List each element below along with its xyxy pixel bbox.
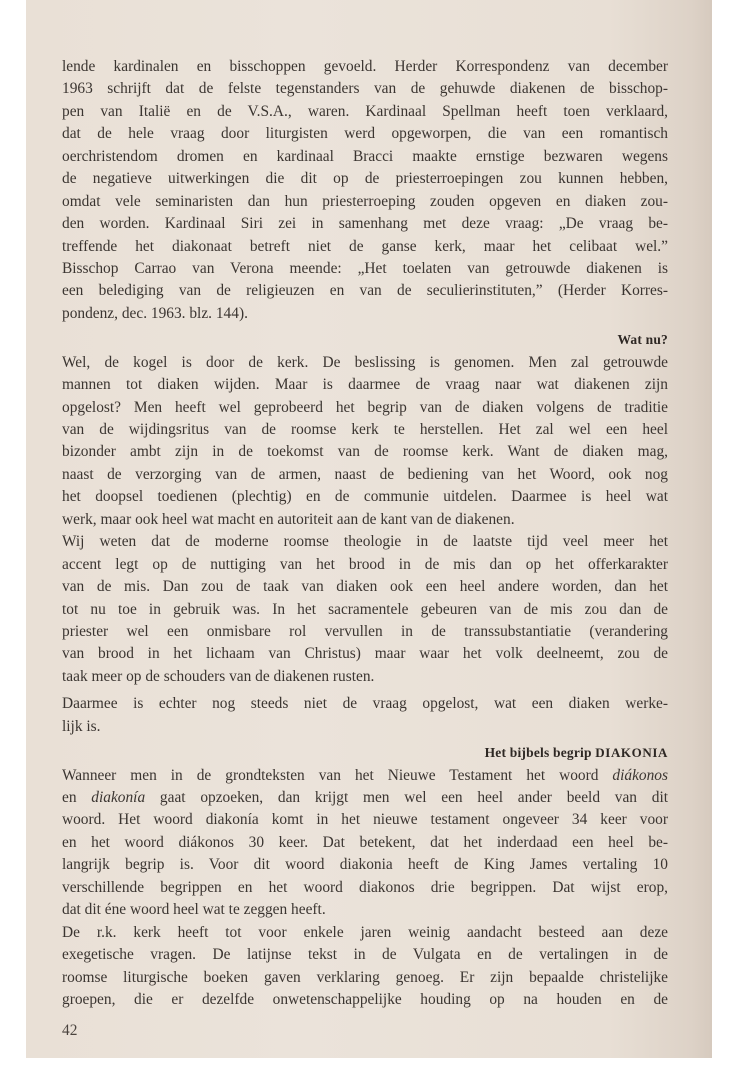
text-line: 1963 schrijft dat de felste tegenstander…	[62, 78, 668, 100]
book-page: lende kardinalen en bisschoppen gevoeld.…	[26, 0, 712, 1058]
text-line: den worden. Kardinaal Siri zei in samenh…	[62, 213, 668, 235]
text-line: verschillende begrippen en het woord dia…	[62, 877, 668, 899]
text-line: dat de hele vraag door liturgisten werd …	[62, 123, 668, 145]
text-line: roomse liturgische boeken gaven verklari…	[62, 967, 668, 989]
text-line: pondenz, dec. 1963. blz. 144).	[62, 303, 668, 325]
text-line: treffende het diakonaat betreft niet de …	[62, 236, 668, 258]
text-line: van brood in het lichaam van Christus) m…	[62, 643, 668, 665]
section-heading-diakonia: Het bijbels begrip DIAKONIA	[62, 742, 668, 764]
text-line: langrijk begrip is. Voor dit woord diako…	[62, 854, 668, 876]
heading-caps: DIAKONIA	[595, 745, 668, 760]
text-line: exegetische vragen. De latijnse tekst in…	[62, 944, 668, 966]
text-line: en het woord diákonos 30 keer. Dat betek…	[62, 832, 668, 854]
text-line: Daarmee is echter nog steeds niet de vra…	[62, 693, 668, 715]
text-line: De r.k. kerk heeft tot voor enkele jaren…	[62, 922, 668, 944]
text-line: lende kardinalen en bisschoppen gevoeld.…	[62, 56, 668, 78]
italic-term: diákonos	[612, 767, 668, 784]
section-wat-nu: Wel, de kogel is door de kerk. De beslis…	[62, 352, 668, 738]
text-line: lijk is.	[62, 716, 668, 738]
text-line: groepen, die er dezelfde onwetenschappel…	[62, 989, 668, 1011]
page-number: 42	[62, 1022, 77, 1040]
text-line: woord. Het woord diakonía komt in het ni…	[62, 809, 668, 831]
text-line: oerchristendom dromen en kardinaal Bracc…	[62, 146, 668, 168]
text-line: opgelost? Men heeft wel geprobeerd het b…	[62, 397, 668, 419]
heading-prefix: Het bijbels begrip	[485, 745, 596, 760]
section-continued-text: lende kardinalen en bisschoppen gevoeld.…	[62, 56, 668, 325]
page-body: lende kardinalen en bisschoppen gevoeld.…	[62, 56, 668, 1011]
text-line: omdat vele seminaristen dan hun priester…	[62, 191, 668, 213]
text-fragment: en	[62, 789, 91, 806]
section-diakonia: Wanneer men in de grondteksten van het N…	[62, 765, 668, 1012]
text-line: Wanneer men in de grondteksten van het N…	[62, 765, 668, 787]
text-fragment: Wanneer men in de grondteksten van het N…	[62, 767, 612, 784]
text-line: pen van Italië en de V.S.A., waren. Kard…	[62, 101, 668, 123]
text-line: werk, maar ook heel wat macht en autorit…	[62, 509, 668, 531]
text-line: van de wijdingsritus van de roomse kerk …	[62, 419, 668, 441]
text-line: bizonder ambt zijn in de toekomst van de…	[62, 441, 668, 463]
text-line: priester wel een onmisbare rol vervullen…	[62, 621, 668, 643]
text-line: van de mis. Dan zou de taak van diaken o…	[62, 576, 668, 598]
text-line: taak meer op de schouders van de diakene…	[62, 666, 668, 688]
text-line: Wij weten dat de moderne roomse theologi…	[62, 531, 668, 553]
text-line: en diakonía gaat opzoeken, dan krijgt me…	[62, 787, 668, 809]
text-line: naast de verzorging van de armen, naast …	[62, 464, 668, 486]
text-line: tot nu toe in gebruik was. In het sacram…	[62, 599, 668, 621]
text-line: dat dit éne woord heel wat te zeggen hee…	[62, 899, 668, 921]
text-line: het doopsel toedienen (plechtig) en de c…	[62, 486, 668, 508]
text-line: een belediging van de religieuzen en van…	[62, 280, 668, 302]
text-fragment: gaat opzoeken, dan krijgt men wel een he…	[145, 789, 668, 806]
text-line: Wel, de kogel is door de kerk. De beslis…	[62, 352, 668, 374]
text-line: Bisschop Carrao van Verona meende: „Het …	[62, 258, 668, 280]
italic-term: diakonía	[91, 789, 145, 806]
text-line: mannen tot diaken wijden. Maar is daarme…	[62, 374, 668, 396]
text-line: accent legt op de nuttiging van het broo…	[62, 554, 668, 576]
text-line: de negatieve uitwerkingen die dit op de …	[62, 168, 668, 190]
section-heading-wat-nu: Wat nu?	[62, 329, 668, 351]
